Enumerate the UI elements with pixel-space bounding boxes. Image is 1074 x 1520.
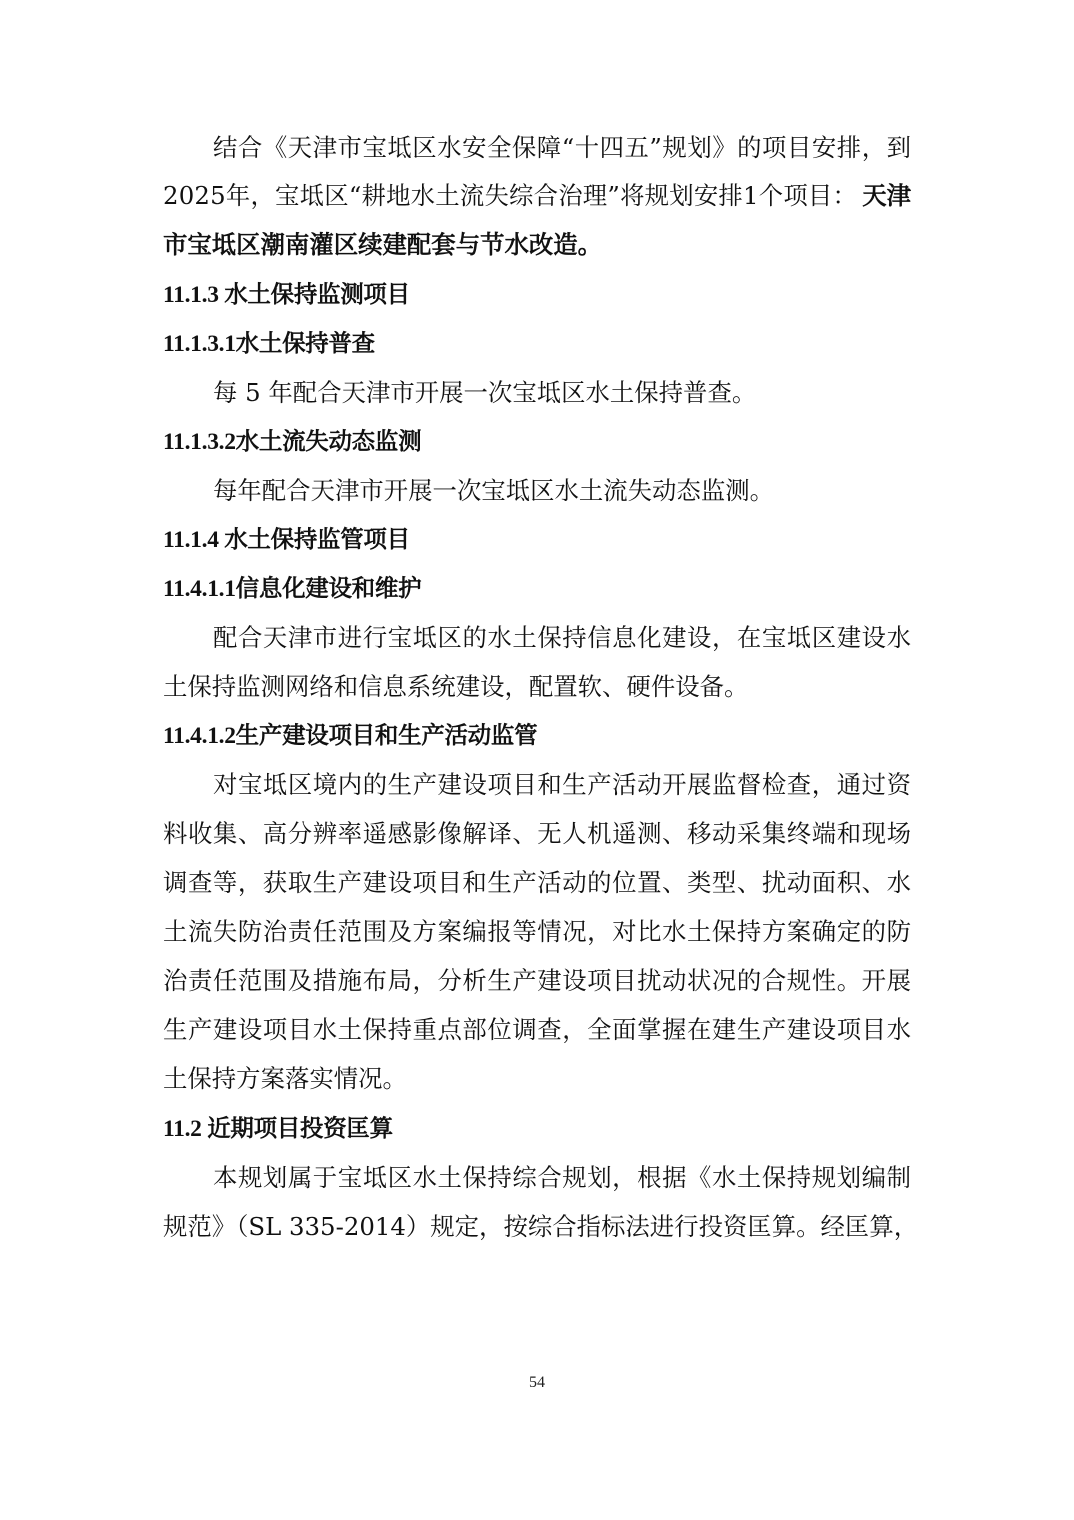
paragraph-text: 2025年，宝坻区“耕地水土流失综合治理”将规划安排1个项目： [163, 176, 857, 216]
paragraph-line: 每 5 年配合天津市开展一次宝坻区水土保持普查。 [213, 373, 911, 413]
subsection-heading: 11.1.3.2水土流失动态监测 [163, 422, 911, 462]
subsection-heading: 11.4.1.1信息化建设和维护 [163, 569, 911, 609]
paragraph-line: 土保持方案落实情况。 [163, 1059, 911, 1099]
paragraph-line: 配合天津市进行宝坻区的水土保持信息化建设，在宝坻区建设水 [213, 618, 911, 658]
paragraph-line: 土流失防治责任范围及方案编报等情况，对比水土保持方案确定的防 [163, 912, 911, 952]
page-number: 54 [0, 1374, 1074, 1392]
section-heading: 11.1.3 水土保持监测项目 [163, 275, 911, 315]
subsection-heading: 11.4.1.2生产建设项目和生产活动监管 [163, 716, 911, 756]
section-heading: 11.2 近期项目投资匡算 [163, 1109, 911, 1149]
paragraph-line: 土保持监测网络和信息系统建设，配置软、硬件设备。 [163, 667, 911, 707]
paragraph-line: 规范》（SL 335-2014）规定，按综合指标法进行投资匡算。经匡算， [163, 1207, 911, 1247]
document-page: 结合《天津市宝坻区水安全保障“十四五”规划》的项目安排，到 2025年，宝坻区“… [0, 0, 1074, 1520]
section-heading: 11.1.4 水土保持监管项目 [163, 520, 911, 560]
paragraph-line: 结合《天津市宝坻区水安全保障“十四五”规划》的项目安排，到 [213, 128, 911, 168]
paragraph-line: 生产建设项目水土保持重点部位调查，全面掌握在建生产建设项目水 [163, 1010, 911, 1050]
paragraph-line: 每年配合天津市开展一次宝坻区水土流失动态监测。 [213, 471, 911, 511]
subsection-heading: 11.1.3.1水土保持普查 [163, 324, 911, 364]
paragraph-line: 治责任范围及措施布局，分析生产建设项目扰动状况的合规性。开展 [163, 961, 911, 1001]
paragraph-line: 料收集、高分辨率遥感影像解译、无人机遥测、移动采集终端和现场 [163, 814, 911, 854]
paragraph-line: 对宝坻区境内的生产建设项目和生产活动开展监督检查，通过资 [213, 765, 911, 805]
bold-project-name: 市宝坻区潮南灌区续建配套与节水改造。 [163, 225, 911, 265]
bold-project-name: 天津 [862, 176, 911, 216]
paragraph-line: 本规划属于宝坻区水土保持综合规划，根据《水土保持规划编制 [213, 1158, 911, 1198]
paragraph-line: 2025年，宝坻区“耕地水土流失综合治理”将规划安排1个项目： 天津 [163, 176, 911, 216]
paragraph-line: 调查等，获取生产建设项目和生产活动的位置、类型、扰动面积、水 [163, 863, 911, 903]
